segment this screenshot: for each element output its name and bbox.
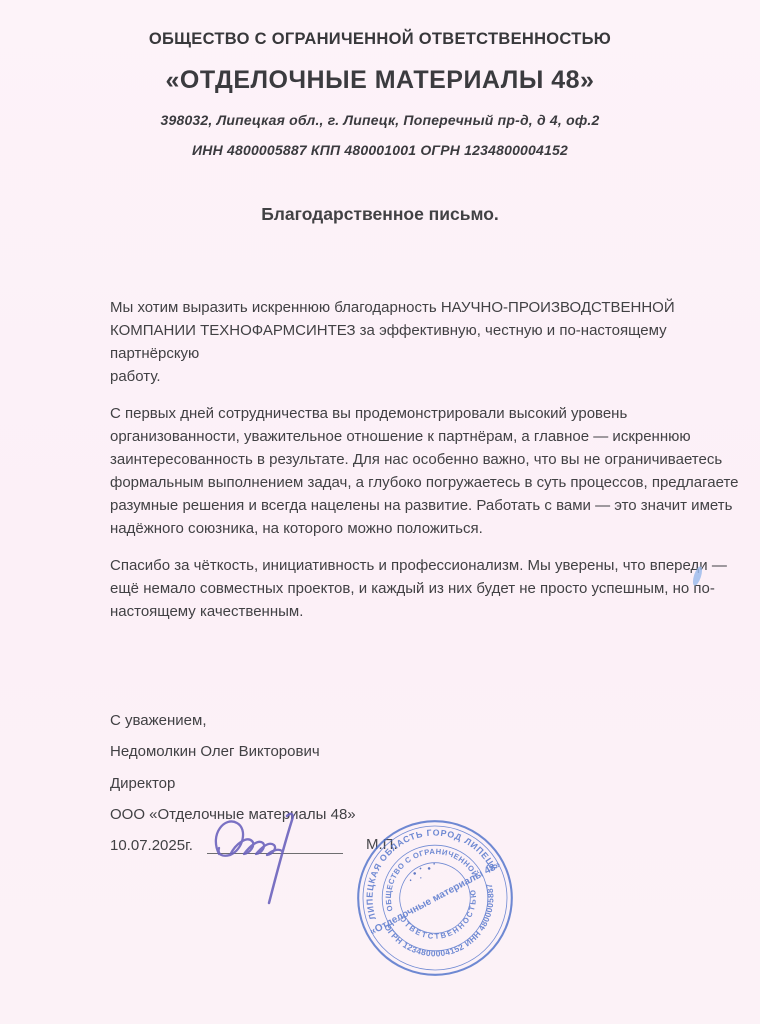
signature-loops-stroke [216, 821, 282, 855]
letterhead-org-type: ОБЩЕСТВО С ОГРАНИЧЕННОЙ ОТВЕТСТВЕННОСТЬЮ [0, 30, 760, 49]
company-round-stamp: ЛИПЕЦКАЯ ОБЛАСТЬ ГОРОД ЛИПЕЦК ОГРН 12348… [355, 818, 515, 978]
signer-title: Директор [110, 775, 175, 792]
paragraph-2: С первых дней сотрудничества вы продемон… [110, 402, 755, 540]
salutation: С уважением, [110, 712, 207, 729]
signature-flourish-stroke [269, 814, 293, 903]
scanned-letter-page: ОБЩЕСТВО С ОГРАНИЧЕННОЙ ОТВЕТСТВЕННОСТЬЮ… [0, 0, 760, 1024]
signer-name: Недомолкин Олег Викторович [110, 743, 320, 760]
letter-body: Мы хотим выразить искреннюю благодарност… [110, 296, 755, 637]
document-title: Благодарственное письмо. [0, 204, 760, 225]
handwritten-signature [205, 810, 305, 910]
letterhead-registration-numbers: ИНН 4800005887 КПП 480001001 ОГРН 123480… [0, 142, 760, 158]
paragraph-1: Мы хотим выразить искреннюю благодарност… [110, 296, 755, 388]
letterhead-address: 398032, Липецкая обл., г. Липецк, Попере… [0, 112, 760, 128]
letterhead-company-name: «ОТДЕЛОЧНЫЕ МАТЕРИАЛЫ 48» [0, 66, 760, 95]
signature-date: 10.07.2025г. [110, 837, 193, 854]
paragraph-3: Спасибо за чёткость, инициативность и пр… [110, 554, 755, 623]
